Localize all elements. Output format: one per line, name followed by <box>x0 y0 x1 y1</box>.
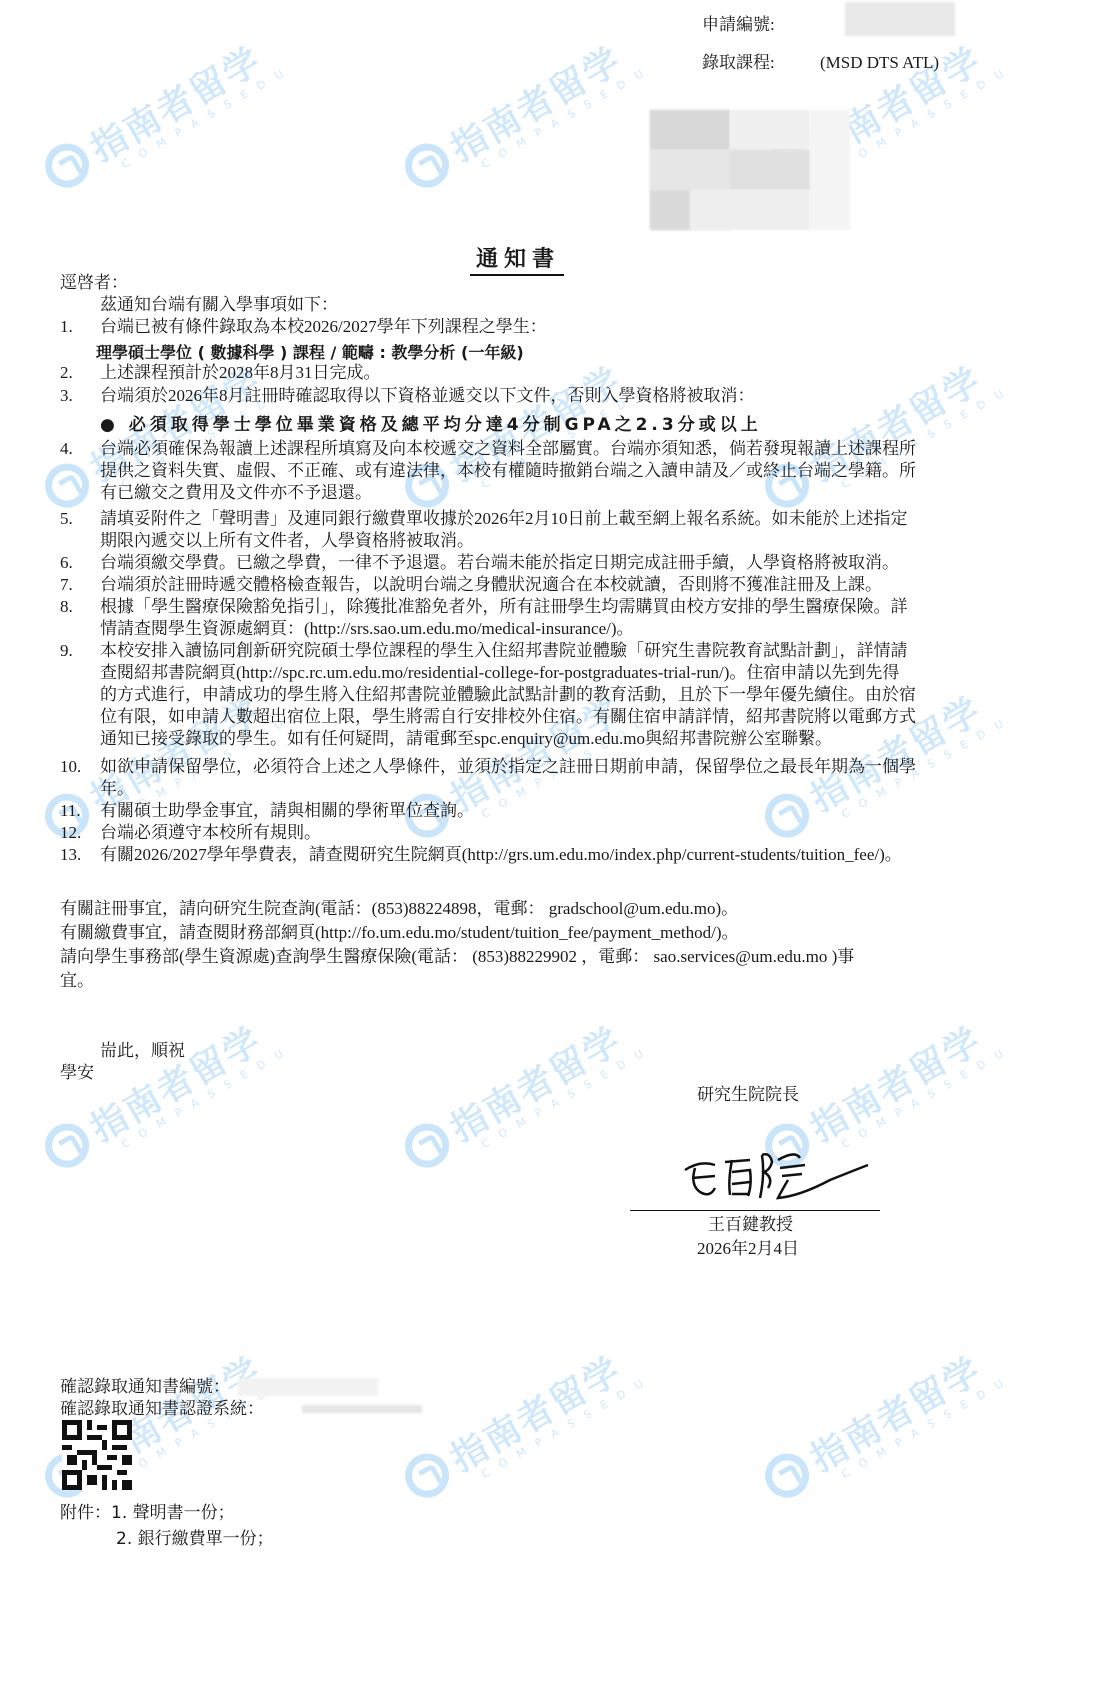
gpa-requirement: ● 必須取得學士學位畢業資格及總平均分達4分制GPA之2.3分或以上 <box>100 410 762 435</box>
list-item-9: 9.本校安排入讀協同創新研究院碩士學位課程的學生入住紹邦書院並體驗「研究生書院教… <box>60 640 916 750</box>
list-item-11: 11.有關碩士助學金事宜，請與相關的學術單位查詢。 <box>60 800 474 822</box>
closing-line: 耑此，順祝 <box>100 1040 185 1062</box>
compass-logo-icon <box>397 1445 457 1505</box>
redacted-confirmation-no <box>238 1378 378 1396</box>
notice-title: 通知書 <box>470 242 564 273</box>
watermark: 指南者留学COMPASSEDU <box>395 1331 656 1516</box>
contact-insurance: 請向學生事務部(學生資源處)查詢學生醫療保險(電話： (853)88229902… <box>60 946 854 968</box>
watermark: 指南者留学COMPASSEDU <box>395 21 656 206</box>
list-item-8: 8.根據「學生醫療保險豁免指引」，除獲批准豁免者外，所有註冊學生均需購買由校方安… <box>60 596 908 640</box>
qr-code[interactable] <box>62 1420 132 1490</box>
list-item-4: 4.台端必須確保為報讀上述課程所填寫及向本校遞交之資料全部屬實。台端亦須知悉，倘… <box>60 438 916 504</box>
closing-greeting: 學安 <box>60 1062 94 1084</box>
contact-payment: 有關繳費事宜，請查閱財務部網頁(http://fo.um.edu.mo/stud… <box>60 922 739 944</box>
redacted-address-block <box>650 110 980 230</box>
program-code: (MSD DTS ATL) <box>820 52 939 74</box>
signatory-name: 王百鍵教授 <box>708 1214 793 1236</box>
watermark: 指南者留学COMPASSEDU <box>395 1001 656 1186</box>
signature-icon <box>670 1130 870 1210</box>
tuition-fee-link[interactable]: 有關2026/2027學年學費表，請查閱研究生院網頁(http://grs.um… <box>100 845 902 864</box>
list-item-7: 7.台端須於註冊時遞交體格檢查報告，以說明台端之身體狀況適合在本校就讀，否則將不… <box>60 574 882 596</box>
attachments: 附件：1. 聲明書一份； 2. 銀行繳費單一份； <box>60 1500 274 1552</box>
list-item-2: 2.上述課程預計於2028年8月31日完成。 <box>60 362 381 384</box>
confirmation-no-label: 確認錄取通知書編號： <box>60 1376 230 1398</box>
list-item-6: 6.台端須繳交學費。已繳之學費，一律不予退還。若台端未能於指定日期完成註冊手續，… <box>60 552 899 574</box>
spc-enquiry-email[interactable]: 通知已接受錄取的學生。如有任何疑問，請電郵至spc.enquiry@um.edu… <box>60 728 916 750</box>
admitted-program: 理學碩士學位 ( 數據科學 ) 課程 / 範疇 : 教學分析 (一年級) <box>96 340 524 363</box>
bullet-icon: ● <box>100 415 119 435</box>
qr-code-icon <box>62 1420 132 1490</box>
redacted-verification-url <box>302 1405 422 1413</box>
residential-college-link[interactable]: 查閱紹邦書院網頁(http://spc.rc.um.edu.mo/residen… <box>60 662 916 684</box>
compass-logo-icon <box>37 1115 97 1175</box>
attachments-label: 附件： <box>60 1503 111 1523</box>
program-label: 錄取課程: <box>702 52 775 74</box>
contact-insurance-cont: 宜。 <box>60 970 94 992</box>
watermark: 指南者留学COMPASSEDU <box>35 1001 296 1186</box>
list-item-3: 3.台端須於2026年8月註冊時確認取得以下資格並遞交以下文件，否則入學資格將被… <box>60 385 755 407</box>
list-item-5: 5.請填妥附件之「聲明書」及連同銀行繳費單收據於2026年2月10日前上載至網上… <box>60 508 908 552</box>
contact-registration: 有關註冊事宜，請向研究生院查詢(電話：(853)88224898，電郵： gra… <box>60 898 738 920</box>
attachment-2: 2. 銀行繳費單一份； <box>116 1529 274 1549</box>
list-item-1: 1.台端已被有條件錄取為本校2026/2027學年下列課程之學生： <box>60 316 547 338</box>
list-item-10: 10.如欲申請保留學位，必須符合上述之人學條件，並須於指定之註冊日期前申請，保留… <box>60 756 916 800</box>
signature <box>670 1130 870 1210</box>
list-item-13: 13.有關2026/2027學年學費表，請查閱研究生院網頁(http://grs… <box>60 844 902 866</box>
attachment-1: 1. 聲明書一份； <box>111 1503 235 1523</box>
compass-logo-icon <box>397 135 457 195</box>
signature-line <box>630 1210 880 1211</box>
compass-logo-icon <box>397 1115 457 1175</box>
intro-line: 茲通知台端有關入學事項如下： <box>100 294 338 316</box>
redacted-application-no <box>845 2 955 36</box>
letter-date: 2026年2月4日 <box>697 1238 799 1260</box>
list-item-12: 12.台端必須遵守本校所有規則。 <box>60 822 321 844</box>
salutation: 逕啓者： <box>60 272 128 294</box>
verification-system-label: 確認錄取通知書認證系統： <box>60 1398 264 1420</box>
compass-logo-icon <box>37 135 97 195</box>
medical-insurance-link[interactable]: 情請查閱學生資源處網頁：(http://srs.sao.um.edu.mo/me… <box>60 618 908 640</box>
watermark: 指南者留学COMPASSEDU <box>755 1331 1016 1516</box>
watermark: 指南者留学COMPASSEDU <box>35 21 296 206</box>
application-no-label: 申請編號: <box>702 14 775 36</box>
signatory-title: 研究生院院長 <box>697 1084 799 1106</box>
compass-logo-icon <box>757 1445 817 1505</box>
